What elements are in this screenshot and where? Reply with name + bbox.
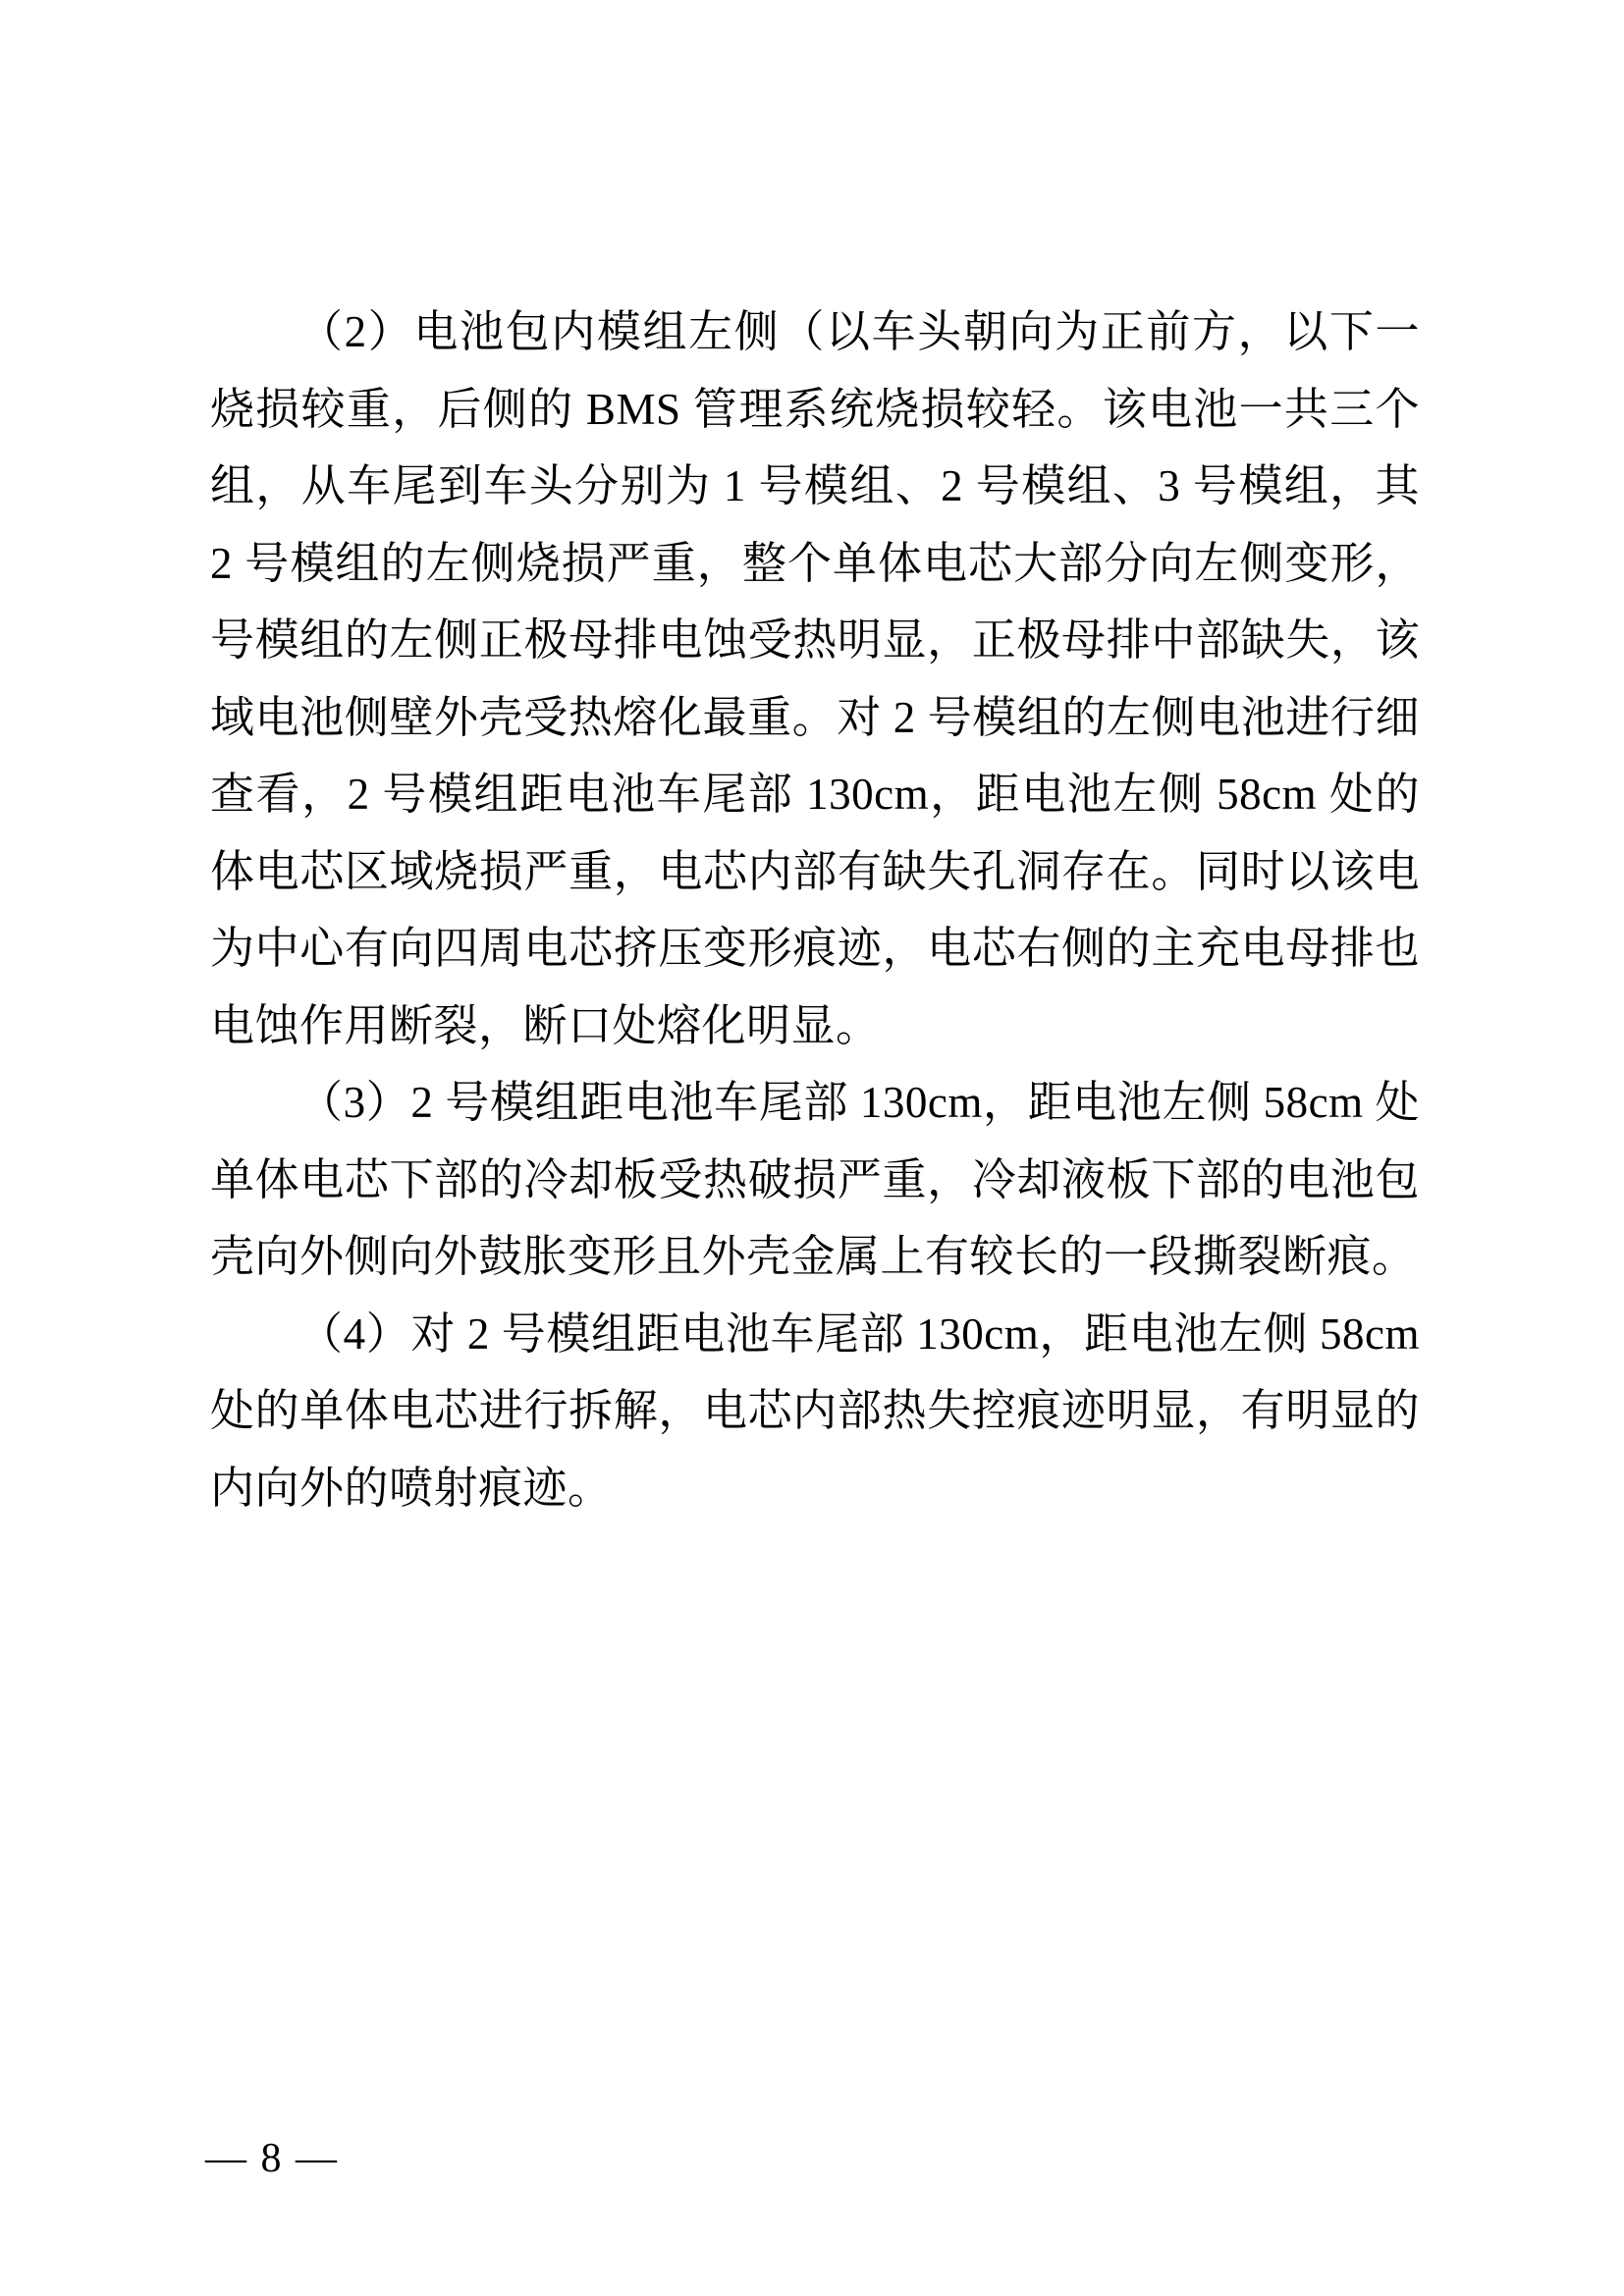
text-line: 体电芯区域烧损严重，电芯内部有缺失孔洞存在。同时以该电芯	[210, 833, 1420, 911]
text-line: 电蚀作用断裂，断口处熔化明显。	[210, 988, 1420, 1065]
text-line: 处的单体电芯进行拆解，电芯内部热失控痕迹明显，有明显的从	[210, 1372, 1420, 1450]
text-line: （4）对 2 号模组距电池车尾部 130cm，距电池左侧 58cm	[210, 1296, 1420, 1373]
paragraph-2: （2）电池包内模组左侧（以车头朝向为正前方，以下一致） 烧损较重，后侧的 BMS…	[210, 294, 1420, 1064]
text-line: （2）电池包内模组左侧（以车头朝向为正前方，以下一致）	[210, 294, 1420, 371]
document-page: （2）电池包内模组左侧（以车头朝向为正前方，以下一致） 烧损较重，后侧的 BMS…	[0, 0, 1624, 2296]
paragraph-3: （3）2 号模组距电池车尾部 130cm，距电池左侧 58cm 处的 单体电芯下…	[210, 1064, 1420, 1296]
text-line: 号模组的左侧正极母排电蚀受热明显，正极母排中部缺失，该区	[210, 602, 1420, 679]
text-line: 为中心有向四周电芯挤压变形痕迹，电芯右侧的主充电母排也受	[210, 910, 1420, 988]
page-number: — 8 —	[205, 2135, 339, 2182]
text-line: 查看，2 号模组距电池车尾部 130cm，距电池左侧 58cm 处的单	[210, 756, 1420, 833]
text-line: 组，从车尾到车头分别为 1 号模组、2 号模组、3 号模组，其中	[210, 448, 1420, 525]
text-line: 2 号模组的左侧烧损严重，整个单体电芯大部分向左侧变形，2	[210, 525, 1420, 603]
text-line: 域电池侧壁外壳受热熔化最重。对 2 号模组的左侧电池进行细项	[210, 679, 1420, 757]
text-line: 烧损较重，后侧的 BMS 管理系统烧损较轻。该电池一共三个模	[210, 371, 1420, 449]
text-line: 内向外的喷射痕迹。	[210, 1450, 1420, 1527]
text-line: 壳向外侧向外鼓胀变形且外壳金属上有较长的一段撕裂断痕。	[210, 1218, 1420, 1296]
text-line: （3）2 号模组距电池车尾部 130cm，距电池左侧 58cm 处的	[210, 1064, 1420, 1142]
body-text: （2）电池包内模组左侧（以车头朝向为正前方，以下一致） 烧损较重，后侧的 BMS…	[210, 294, 1420, 1526]
text-line: 单体电芯下部的冷却板受热破损严重，冷却液板下部的电池包外	[210, 1142, 1420, 1219]
paragraph-4: （4）对 2 号模组距电池车尾部 130cm，距电池左侧 58cm 处的单体电芯…	[210, 1296, 1420, 1527]
